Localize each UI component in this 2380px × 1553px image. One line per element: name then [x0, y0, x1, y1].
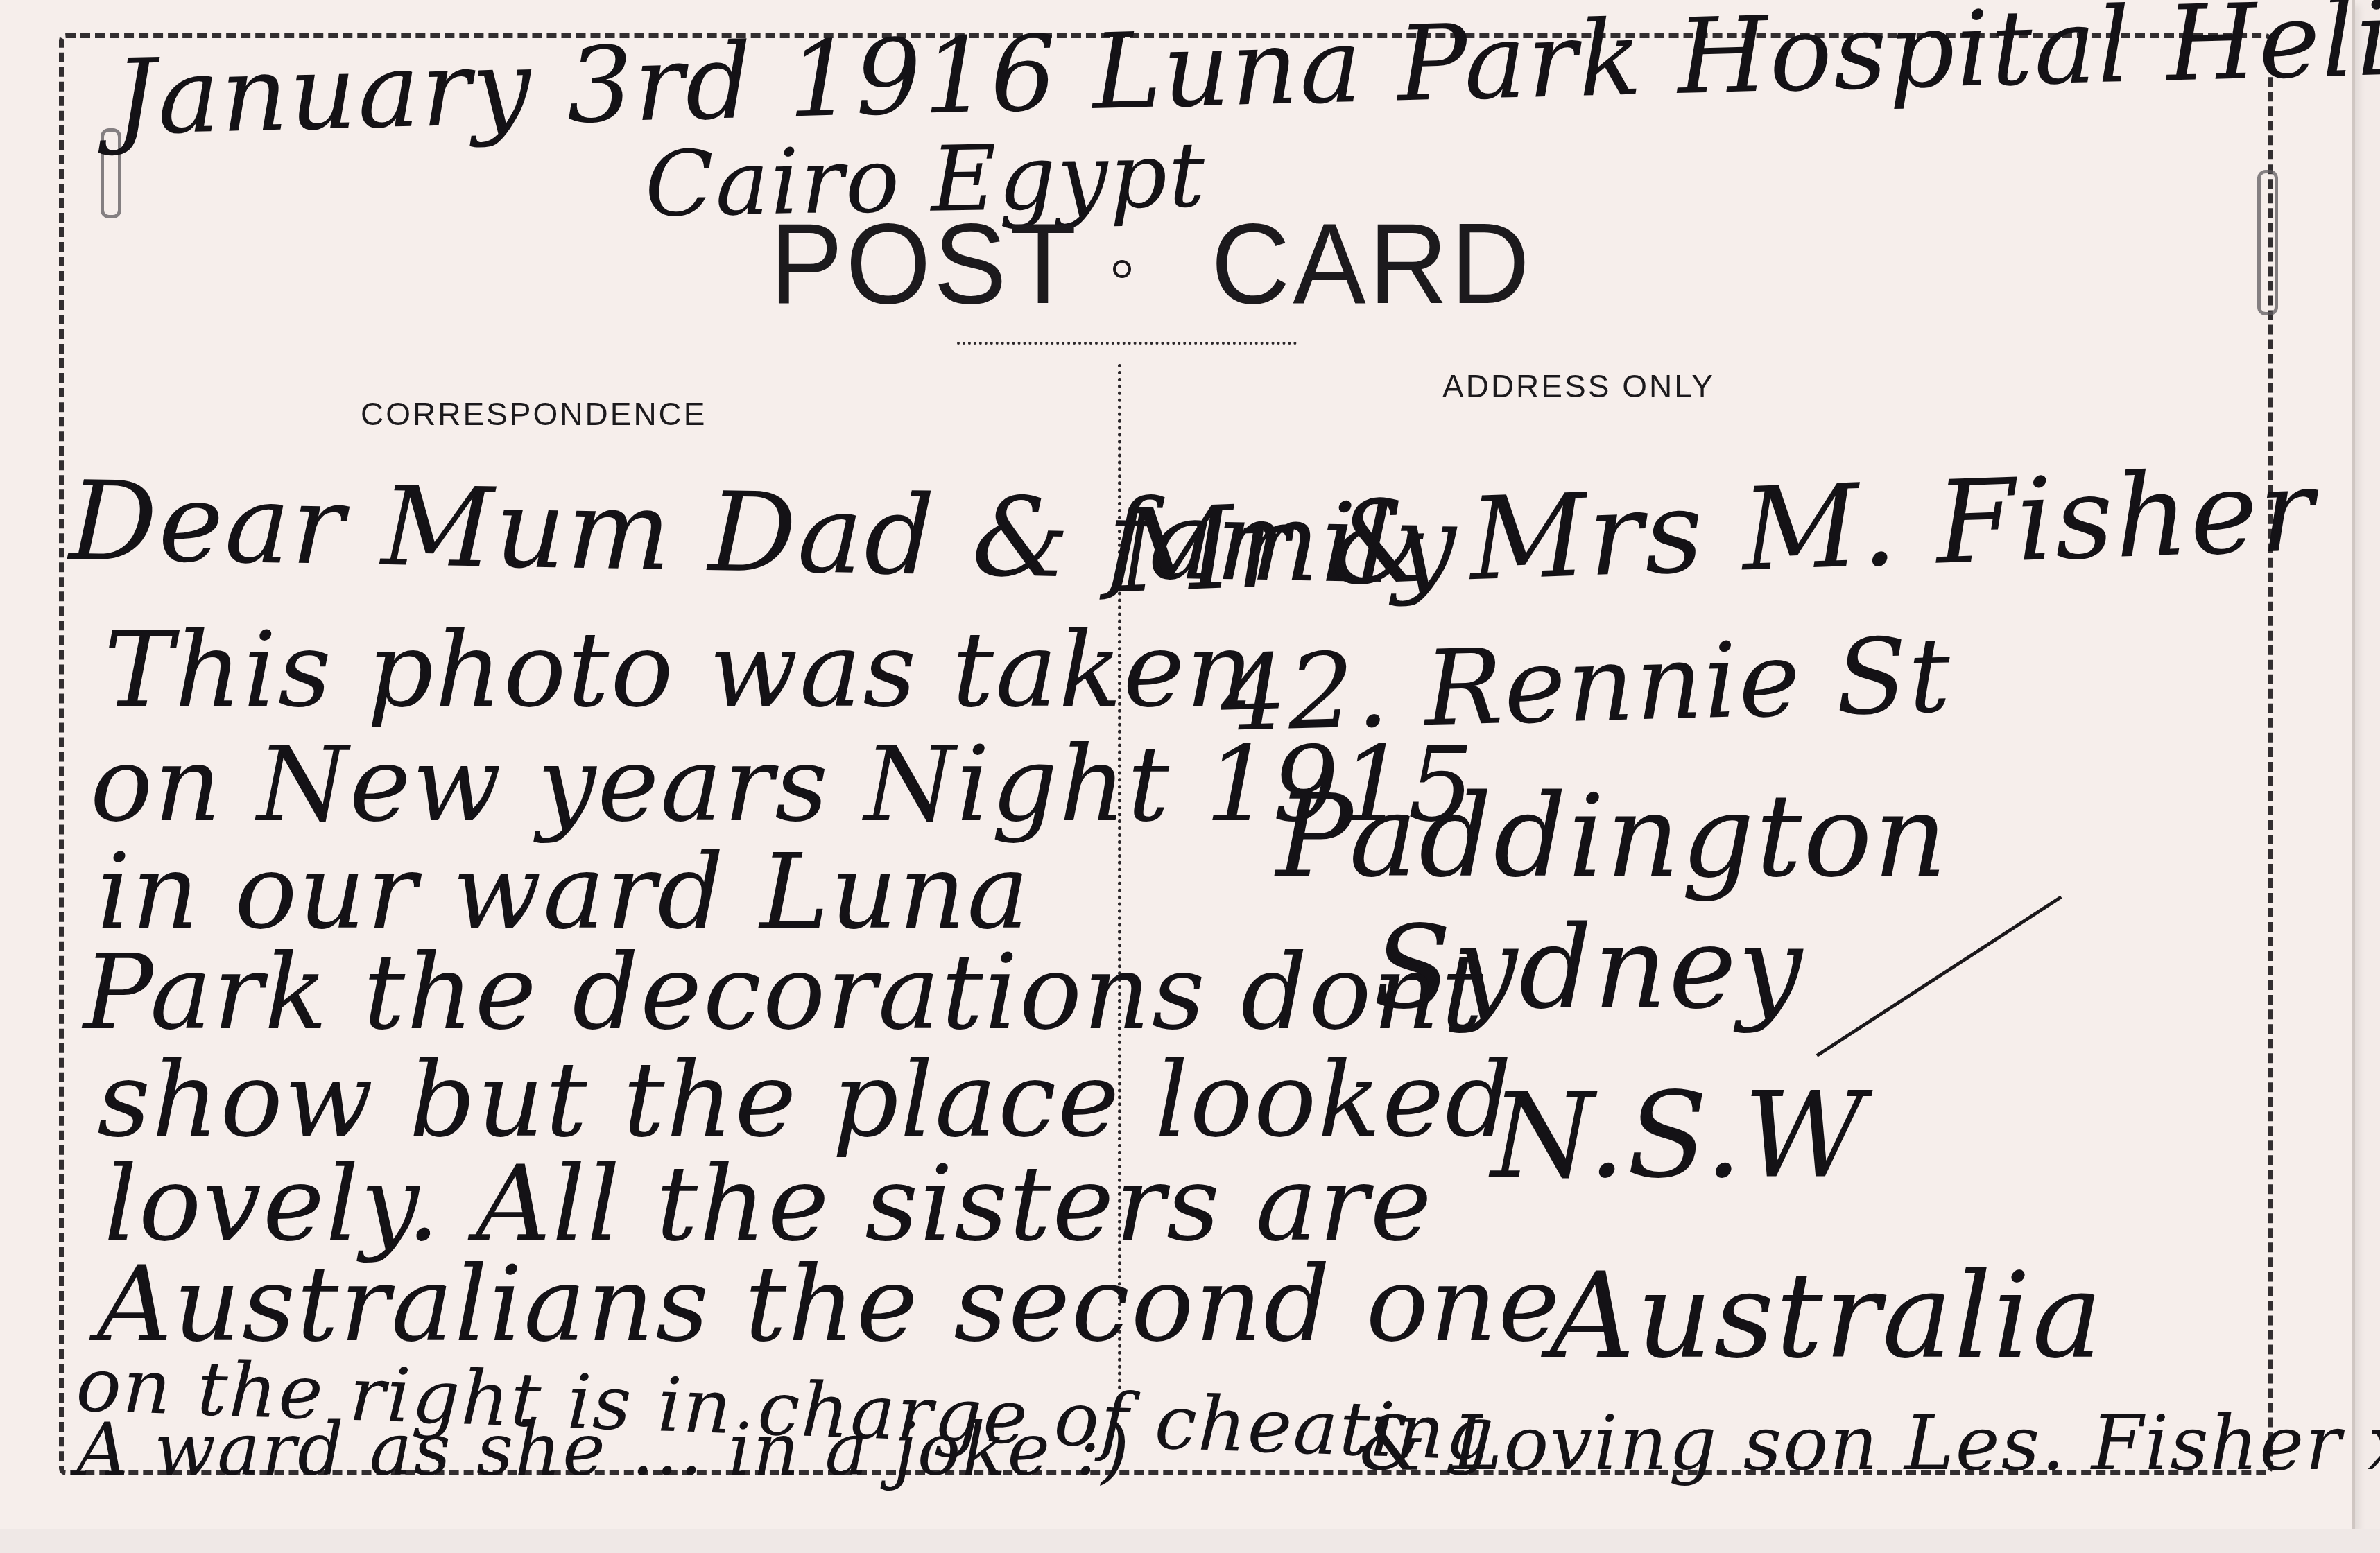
address-country: Australia	[1550, 1248, 2104, 1385]
title-post: POST	[770, 200, 1079, 328]
message-line: This photo was taken	[104, 610, 1254, 731]
address-street: 42. Rennie St	[1219, 615, 1954, 755]
message-line: Park the decorations dont	[83, 932, 1485, 1053]
correspondence-label: CORRESPONDENCE	[361, 395, 707, 433]
background-surface	[0, 1529, 2380, 1553]
postcard-title: POSTCARD	[770, 198, 1533, 329]
stamp-area-dotted-line	[957, 342, 1297, 345]
address-state: N.S.W	[1491, 1068, 1866, 1205]
title-card: CARD	[1211, 200, 1533, 328]
address-only-label: ADDRESS ONLY	[1442, 367, 1715, 405]
small-circle-ornament	[1113, 260, 1131, 278]
postcard-back: January 3rd 1916 Luna Park Hospital Heli…	[0, 0, 2355, 1529]
staple-mark-right	[2257, 170, 2278, 315]
address-city: Sydney	[1373, 901, 1804, 1034]
signoff: & Loving son Les. Fisher xxxx	[1359, 1400, 2380, 1487]
address-suburb: Paddington	[1276, 770, 1949, 903]
message-line: show but the place looked	[97, 1040, 1513, 1161]
message-line: Australians the second one	[97, 1244, 1561, 1365]
message-line: A ward as she ... in a joke :)	[76, 1407, 1131, 1492]
